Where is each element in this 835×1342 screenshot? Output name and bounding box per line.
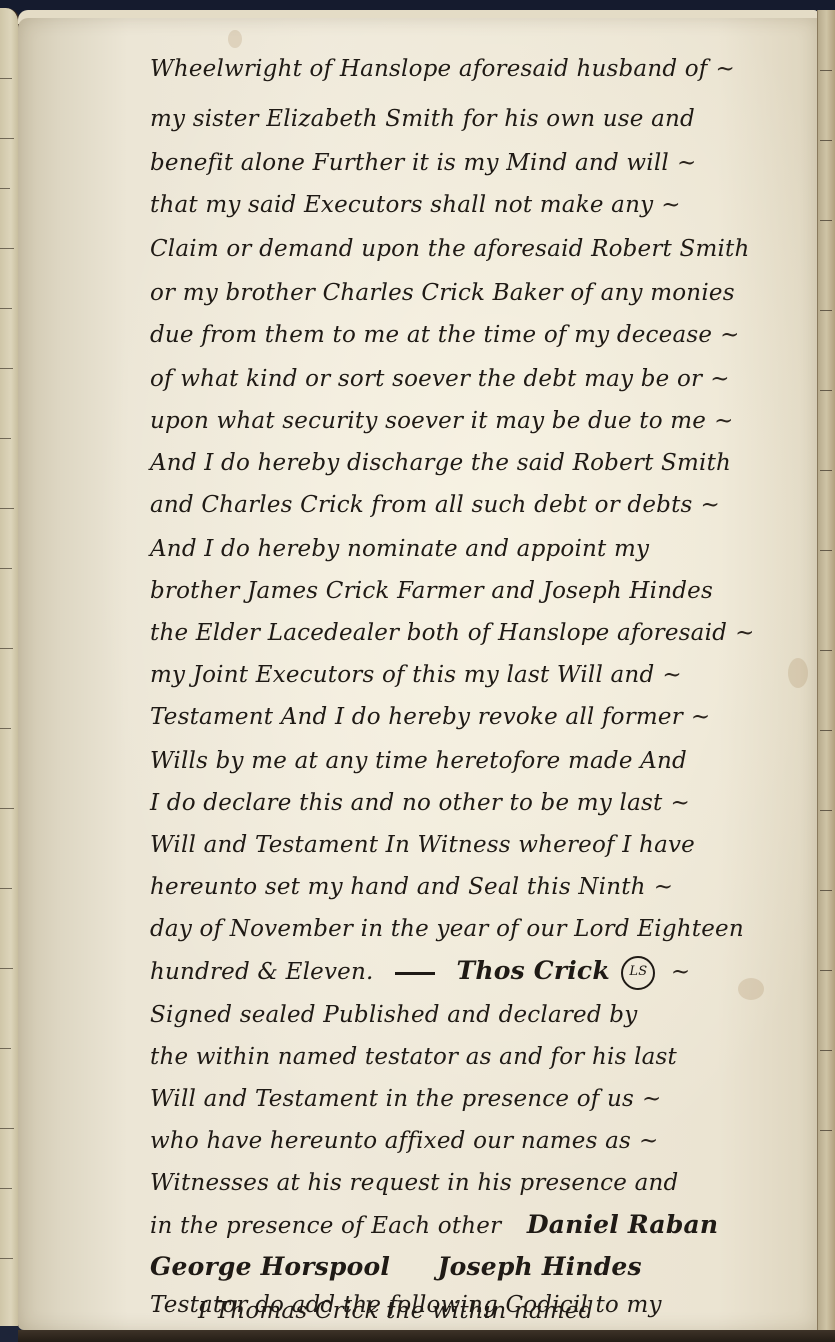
flourish: ~ (735, 618, 754, 648)
text-line: Testament And I do hereby revoke all for… (150, 702, 710, 732)
codicil-line: I Thomas Crick the within named (150, 1296, 594, 1326)
signature-line: hundred & Eleven. Thos Crick LS ~ (150, 956, 690, 986)
text-line: my sister Elizabeth Smith for his own us… (150, 104, 695, 134)
flourish: ~ (701, 490, 720, 520)
line-text: Claim or demand upon the aforesaid Rober… (150, 236, 750, 262)
text-line: who have hereunto affixed our names as~ (150, 1126, 659, 1156)
book-bottom-edge (18, 1330, 835, 1342)
line-text: and Charles Crick from all such debt or … (150, 492, 693, 518)
flourish: ~ (662, 660, 681, 690)
line-text: of what kind or sort soever the debt may… (150, 366, 702, 392)
dash-rule (395, 972, 435, 975)
line-text: that my said Executors shall not make an… (150, 192, 653, 218)
witness-line: George Horspool Joseph Hindes (150, 1252, 642, 1282)
manuscript-photo: Wheelwright of Hanslope aforesaid husban… (0, 0, 835, 1342)
line-text: And I do hereby discharge the said Rober… (150, 450, 731, 476)
flourish: ~ (720, 320, 739, 350)
text-line: upon what security soever it may be due … (150, 406, 734, 436)
text-line: Wheelwright of Hanslope aforesaid husban… (150, 54, 735, 84)
text-line: hereunto set my hand and Seal this Ninth… (150, 872, 673, 902)
flourish: ~ (639, 1126, 658, 1156)
text-line: I do declare this and no other to be my … (150, 788, 690, 818)
text-line: Will and Testament in the presence of us… (150, 1084, 661, 1114)
line-text: the Elder Lacedealer both of Hanslope af… (150, 620, 727, 646)
witness-signature: Joseph Hindes (438, 1252, 642, 1281)
text-line: Signed sealed Published and declared by (150, 1000, 637, 1030)
text-line: Will and Testament In Witness whereof I … (150, 830, 695, 860)
line-text: due from them to me at the time of my de… (150, 322, 712, 348)
text-line: the within named testator as and for his… (150, 1042, 677, 1072)
line-text: I do declare this and no other to be my … (150, 790, 662, 816)
witness-signature: Daniel Raban (527, 1210, 718, 1239)
witness-line: in the presence of Each other Daniel Rab… (150, 1210, 718, 1240)
testator-signature: Thos Crick (457, 956, 610, 985)
text-line: benefit alone Further it is my Mind and … (150, 148, 696, 178)
text-line: or my brother Charles Crick Baker of any… (150, 278, 735, 308)
text-line: of what kind or sort soever the debt may… (150, 364, 730, 394)
line-text: upon what security soever it may be due … (150, 408, 706, 434)
line-text: Wheelwright of Hanslope aforesaid husban… (150, 56, 708, 82)
text-line: brother James Crick Farmer and Joseph Hi… (150, 576, 713, 606)
line-text: brother James Crick Farmer and Joseph Hi… (150, 578, 713, 604)
text-line: And I do hereby discharge the said Rober… (150, 448, 731, 478)
text-line: And I do hereby nominate and appoint my (150, 534, 649, 564)
line-text: my sister Elizabeth Smith for his own us… (150, 106, 695, 132)
flourish: ~ (642, 1084, 661, 1114)
text-line: the Elder Lacedealer both of Hanslope af… (150, 618, 755, 648)
witness-signature: George Horspool (150, 1252, 390, 1281)
text-line: Wills by me at any time heretofore made … (150, 746, 687, 776)
seal-mark-icon: LS (621, 956, 655, 990)
line-text: day of November in the year of our Lord … (150, 916, 744, 942)
text-line: day of November in the year of our Lord … (150, 914, 744, 944)
flourish: ~ (677, 148, 696, 178)
line-text: who have hereunto affixed our names as (150, 1128, 631, 1154)
text-line: Claim or demand upon the aforesaid Rober… (150, 234, 750, 264)
line-text: benefit alone Further it is my Mind and … (150, 150, 669, 176)
facing-page-edge (0, 8, 20, 1326)
text-line: due from them to me at the time of my de… (150, 320, 740, 350)
line-text: Testament And I do hereby revoke all for… (150, 704, 683, 730)
flourish: ~ (710, 364, 729, 394)
text-line: my Joint Executors of this my last Will … (150, 660, 682, 690)
line-text: hundred & Eleven. (150, 959, 373, 985)
text-line: that my said Executors shall not make an… (150, 190, 681, 220)
flourish: ~ (714, 406, 733, 436)
line-text: Will and Testament In Witness whereof I … (150, 832, 695, 858)
flourish: ~ (661, 190, 680, 220)
line-text: I Thomas Crick the within named (198, 1298, 594, 1324)
flourish: ~ (654, 872, 673, 902)
text-line: and Charles Crick from all such debt or … (150, 490, 720, 520)
flourish: ~ (670, 788, 689, 818)
line-text: the within named testator as and for his… (150, 1044, 677, 1070)
line-text: or my brother Charles Crick Baker of any… (150, 280, 735, 306)
line-text: Will and Testament in the presence of us (150, 1086, 634, 1112)
line-text: And I do hereby nominate and appoint my (150, 536, 649, 562)
line-text: Wills by me at any time heretofore made … (150, 748, 687, 774)
line-text: in the presence of Each other (150, 1213, 501, 1239)
text-line: Witnesses at his request in his presence… (150, 1168, 678, 1198)
flourish: ~ (691, 702, 710, 732)
line-text: my Joint Executors of this my last Will … (150, 662, 654, 688)
line-text: hereunto set my hand and Seal this Ninth (150, 874, 646, 900)
right-page-edges (817, 10, 835, 1330)
line-text: Witnesses at his request in his presence… (150, 1170, 678, 1196)
flourish: ~ (716, 54, 735, 84)
flourish: ~ (671, 957, 690, 987)
line-text: Signed sealed Published and declared by (150, 1002, 637, 1028)
